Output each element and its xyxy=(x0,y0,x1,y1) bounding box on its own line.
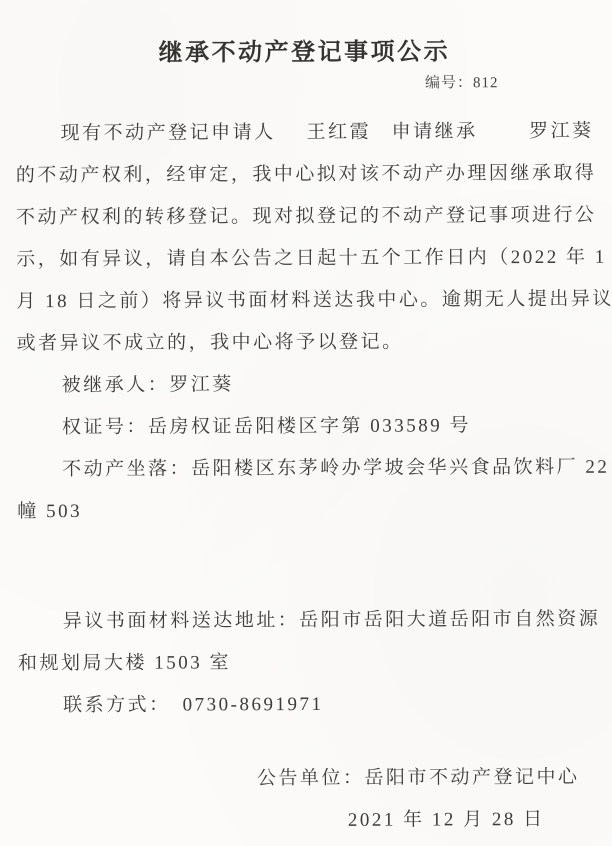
applicant-lead-text: 现有不动产登记申请人 xyxy=(61,112,276,155)
objection-address-line-1: 异议书面材料送达地址：岳阳市岳阳大道岳阳市自然资源 xyxy=(18,599,596,644)
inherit-middle-text: 申请继承 xyxy=(392,111,478,153)
paragraph-line-applicant: 现有不动产登记申请人 王红霞 申请继承 罗江葵 xyxy=(16,111,594,156)
document-sheet: 继承不动产登记事项公示 编号：812 现有不动产登记申请人 王红霞 申请继承 罗… xyxy=(0,37,612,844)
serial-number: 编号：812 xyxy=(0,73,610,96)
property-location-line-1: 不动产坐落：岳阳楼区东茅岭办学坡会华兴食品饮料厂 22 xyxy=(17,447,595,492)
objection-address-line-2: 和规划局大楼 1503 室 xyxy=(18,641,596,686)
paragraph-line: 的不动产权利，经审定，我中心拟对该不动产办理因继承取得 xyxy=(16,153,594,198)
notice-date-line: 2021 年 12 月 28 日 xyxy=(19,799,597,844)
certificate-number-line: 权证号：岳房权证岳阳楼区字第 033589 号 xyxy=(17,405,595,450)
notice-title: 继承不动产登记事项公示 xyxy=(0,37,610,70)
paragraph-line: 月 18 日之前）将异议书面材料送达我中心。逾期无人提出异议 xyxy=(16,279,594,324)
decedent-line: 被继承人：罗江葵 xyxy=(17,363,595,408)
paragraph-line: 示，如有异议，请自本公告之日起十五个工作日内（2022 年 1 xyxy=(16,237,594,282)
blank-gap xyxy=(17,531,595,602)
applicant-name: 王红霞 xyxy=(306,112,371,154)
notice-body: 现有不动产登记申请人 王红霞 申请继承 罗江葵 的不动产权利，经审定，我中心拟对… xyxy=(0,111,612,844)
property-location-line-2: 幢 503 xyxy=(17,489,595,534)
decedent-name: 罗江葵 xyxy=(529,111,594,153)
blank-gap xyxy=(18,725,596,760)
paragraph-line: 不动产权利的转移登记。现对拟登记的不动产登记事项进行公 xyxy=(16,195,594,240)
contact-phone-line: 联系方式： 0730-8691971 xyxy=(18,683,596,728)
issuing-unit-line: 公告单位：岳阳市不动产登记中心 xyxy=(18,757,596,802)
paragraph-line: 或者异议不成立的，我中心将予以登记。 xyxy=(16,321,594,366)
scanned-notice-page: 继承不动产登记事项公示 编号：812 现有不动产登记申请人 王红霞 申请继承 罗… xyxy=(0,0,612,846)
